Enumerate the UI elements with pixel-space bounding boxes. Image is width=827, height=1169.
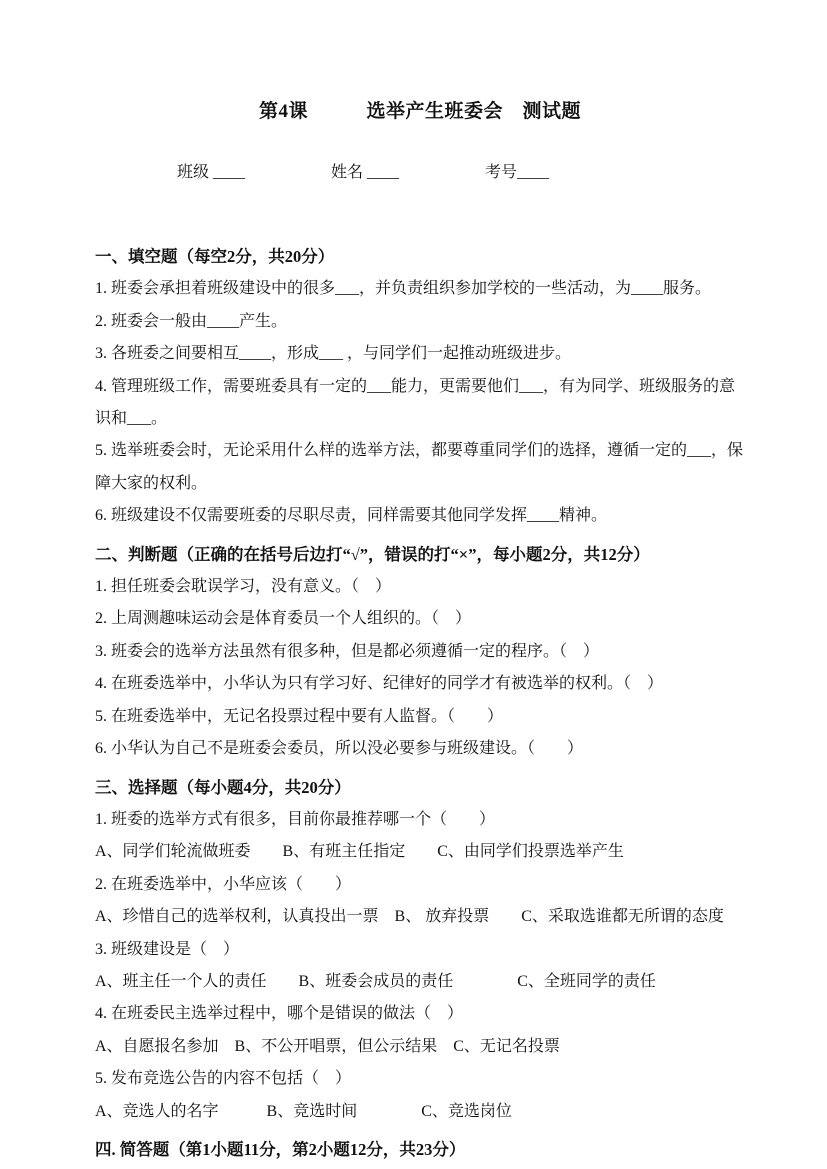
question-line: 4. 在班委选举中，小华认为只有学习好、纪律好的同学才有被选举的权利。（ ） [95,668,745,700]
page-title: 第4课 选举产生班委会 测试题 [95,100,745,124]
question-line: A、珍惜自己的选举权利，认真投出一票 B、 放弃投票 C、采取选谁都无所谓的态度 [95,901,745,933]
name-field: 姓名 ____ [331,161,399,185]
student-info-row: 班级 ____姓名 ____考号____ [95,137,745,209]
question-line: 1. 班委会承担着班级建设中的很多___，并负责组织参加学校的一些活动，为___… [95,273,745,305]
question-line: 6. 小华认为自己不是班委会委员，所以没必要参与班级建设。（ ） [95,733,745,765]
test-paper-page: 第4课 选举产生班委会 测试题 班级 ____姓名 ____考号____ 一、填… [0,0,827,1169]
question-line: 4. 管理班级工作，需要班委具有一定的___能力，更需要他们___，有为同学、班… [95,371,745,436]
section-3: 三、选择题（每小题4分，共20分）1. 班委的选举方式有很多，目前你最推荐哪一个… [95,772,745,1128]
question-line: 3. 班级建设是（ ） [95,934,745,966]
question-line: 5. 在班委选举中，无记名投票过程中要有人监督。（ ） [95,701,745,733]
sections: 一、填空题（每空2分，共20分）1. 班委会承担着班级建设中的很多___，并负责… [95,241,745,1166]
question-line: A、班主任一个人的责任 B、班委会成员的责任 C、全班同学的责任 [95,966,745,998]
question-line: 1. 担任班委会耽误学习，没有意义。（ ） [95,571,745,603]
section-heading: 一、填空题（每空2分，共20分） [95,241,745,273]
section-heading: 二、判断题（正确的在括号后边打“√”，错误的打“×”，每小题2分，共12分） [95,539,745,571]
section-4: 四. 简答题（第1小题11分，第2小题12分，共23分） [95,1134,745,1166]
question-line: 2. 班委会一般由____产生。 [95,306,745,338]
question-line: 1. 班委的选举方式有很多，目前你最推荐哪一个（ ） [95,804,745,836]
question-line: 5. 选举班委会时，无论采用什么样的选举方法，都要尊重同学们的选择，遵循一定的_… [95,435,745,500]
section-heading: 四. 简答题（第1小题11分，第2小题12分，共23分） [95,1134,745,1166]
question-line: A、竞选人的名字 B、竞选时间 C、竞选岗位 [95,1096,745,1128]
section-1: 一、填空题（每空2分，共20分）1. 班委会承担着班级建设中的很多___，并负责… [95,241,745,533]
question-line: 2. 在班委选举中，小华应该（ ） [95,869,745,901]
exam-number-field: 考号____ [485,161,549,185]
question-line: A、自愿报名参加 B、不公开唱票，但公示结果 C、无记名投票 [95,1031,745,1063]
question-line: A、同学们轮流做班委 B、有班主任指定 C、由同学们投票选举产生 [95,836,745,868]
section-2: 二、判断题（正确的在括号后边打“√”，错误的打“×”，每小题2分，共12分）1.… [95,539,745,766]
question-line: 2. 上周测趣味运动会是体育委员一个人组织的。（ ） [95,603,745,635]
section-heading: 三、选择题（每小题4分，共20分） [95,772,745,804]
question-line: 4. 在班委民主选举过程中，哪个是错误的做法（ ） [95,998,745,1030]
question-line: 3. 各班委之间要相互____，形成___ ，与同学们一起推动班级进步。 [95,338,745,370]
question-line: 5. 发布竞选公告的内容不包括（ ） [95,1063,745,1095]
question-line: 6. 班级建设不仅需要班委的尽职尽责，同样需要其他同学发挥____精神。 [95,500,745,532]
question-line: 3. 班委会的选举方法虽然有很多种，但是都必须遵循一定的程序。（ ） [95,636,745,668]
class-field: 班级 ____ [177,161,245,185]
